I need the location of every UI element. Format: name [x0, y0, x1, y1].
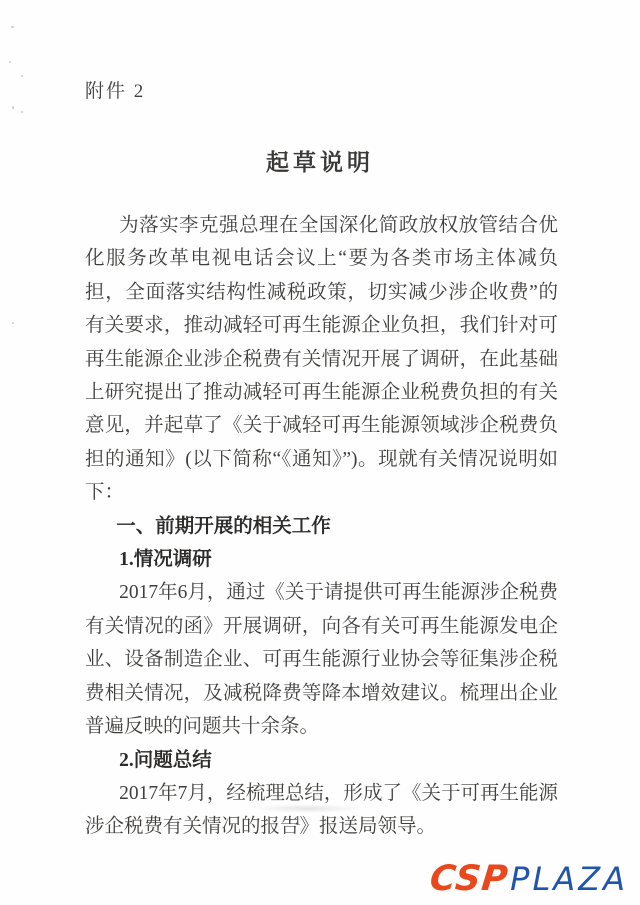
watermark-plaza-text: PLAZA [510, 860, 628, 898]
scan-speck [11, 26, 14, 28]
scan-speck [12, 106, 14, 109]
watermark-csp-text: CSP [428, 859, 511, 899]
attachment-label: 附件 2 [85, 76, 145, 103]
paragraph-survey: 2017年6月，通过《关于请提供可再生能源涉企税费有关情况的函》开展调研，向各有… [85, 576, 558, 743]
scan-speck [12, 322, 14, 324]
subsection-heading-problem-summary: 2.问题总结 [85, 744, 558, 777]
scan-smudge [252, 804, 362, 813]
watermark-logo: CSP PLAZA [430, 859, 628, 899]
scan-speck [9, 61, 11, 63]
page-title: 起草说明 [0, 144, 640, 177]
scan-speck [21, 111, 23, 113]
subsection-heading-survey: 1.情况调研 [85, 543, 558, 576]
page-number: 1 [294, 814, 301, 830]
document-page: 附件 2 起草说明 为落实李克强总理在全国深化简政放权放管结合优化服务改革电视电… [0, 0, 640, 905]
paragraph-intro: 为落实李克强总理在全国深化简政放权放管结合优化服务改革电视电话会议上“要为各类市… [85, 209, 558, 510]
scan-speck [21, 75, 23, 77]
section-heading-prior-work: 一、前期开展的相关工作 [85, 510, 558, 543]
document-body: 为落实李克强总理在全国深化简政放权放管结合优化服务改革电视电话会议上“要为各类市… [85, 209, 558, 844]
